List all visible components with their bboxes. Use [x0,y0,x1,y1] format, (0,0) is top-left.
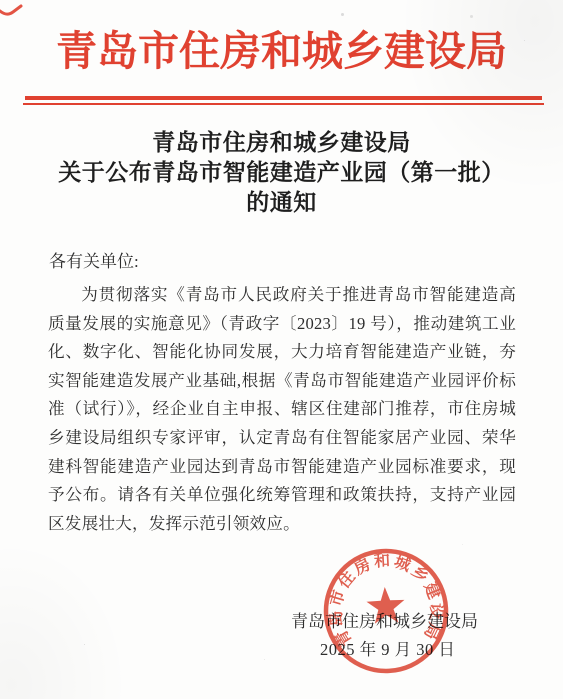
scan-corner-mark [0,2,24,22]
letterhead-rule-thick [25,96,542,100]
seal-star-icon [366,586,406,624]
scanned-official-document: 青岛市住房和城乡建设局 青岛市住房和城乡建设局 关于公布青岛市智能建造产业园（第… [0,0,563,699]
document-title-line2: 关于公布青岛市智能建造产业园（第一批） [0,158,563,188]
official-seal: 青岛市住房和城乡建设局 [312,537,459,684]
letterhead-rule-thin [23,103,544,105]
document-title: 青岛市住房和城乡建设局 关于公布青岛市智能建造产业园（第一批） 的通知 [0,128,563,218]
document-title-line3: 的通知 [0,188,563,218]
scan-noise-specks [341,13,344,16]
letterhead-agency-name: 青岛市住房和城乡建设局 [0,26,563,76]
body-paragraph: 为贯彻落实《青岛市人民政府关于推进青岛市智能建造高质量发展的实施意见》（青政字〔… [48,281,516,538]
document-title-line1: 青岛市住房和城乡建设局 [0,128,563,158]
salutation: 各有关单位: [49,253,139,271]
